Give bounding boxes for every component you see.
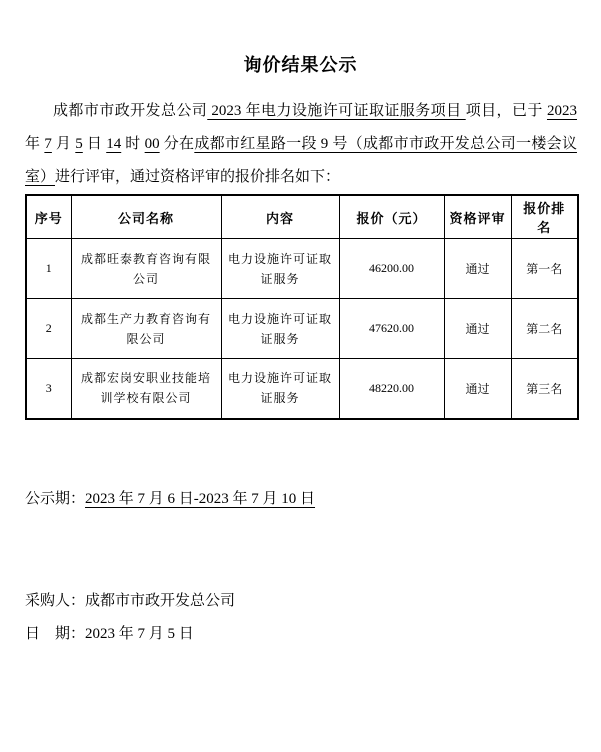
cell-company: 成都生产力教育咨询有限公司 (71, 299, 221, 359)
cell-rank: 第二名 (511, 299, 578, 359)
intro-text-underlined: 2023 (547, 103, 577, 119)
cell-rank: 第一名 (511, 239, 578, 299)
header-price: 报价（元） (339, 195, 444, 239)
intro-text: 日 (83, 136, 106, 152)
publicity-period: 2023 年 7 月 6 日-2023 年 7 月 10 日 (85, 491, 315, 507)
cell-content: 电力设施许可证取证服务 (221, 359, 339, 419)
quotation-result-table: 序号 公司名称 内容 报价（元） 资格评审 报价排名 1 成都旺泰教育咨询有限公… (25, 194, 579, 420)
header-company: 公司名称 (71, 195, 221, 239)
intro-text: 时 (121, 136, 144, 152)
header-content: 内容 (221, 195, 339, 239)
purchaser-line: 采购人：成都市市政开发总公司 (25, 590, 235, 612)
cell-rank: 第三名 (511, 359, 578, 419)
publicity-label: 公示期： (25, 491, 85, 507)
page-title: 询价结果公示 (0, 51, 601, 77)
intro-text-underlined: 7 (44, 136, 52, 152)
table-row: 3 成都宏岗安职业技能培训学校有限公司 电力设施许可证取证服务 48220.00… (26, 359, 578, 419)
table-header-row: 序号 公司名称 内容 报价（元） 资格评审 报价排名 (26, 195, 578, 239)
intro-text: 月 (52, 136, 75, 152)
intro-text: 项目，已于 (466, 103, 547, 119)
cell-content: 电力设施许可证取证服务 (221, 299, 339, 359)
cell-price: 46200.00 (339, 239, 444, 299)
intro-text: 进行评审，通过资格评审的报价排名如下： (55, 169, 340, 185)
header-rank: 报价排名 (511, 195, 578, 239)
intro-line-1: 成都市市政开发总公司 2023 年电力设施许可证取证服务项目 项目，已于 202… (25, 95, 577, 128)
date-line: 日 期：2023 年 7 月 5 日 (25, 623, 194, 645)
cell-seq: 1 (26, 239, 71, 299)
intro-text: 分在 (160, 136, 195, 152)
header-seq: 序号 (26, 195, 71, 239)
intro-text-underlined: 2023 年电力设施许可证取证服务项目 (207, 103, 465, 119)
intro-line-3: 室）进行评审，通过资格评审的报价排名如下： (25, 161, 577, 194)
intro-text: 年 (25, 136, 44, 152)
intro-paragraph: 成都市市政开发总公司 2023 年电力设施许可证取证服务项目 项目，已于 202… (25, 95, 577, 194)
header-review: 资格评审 (444, 195, 511, 239)
publicity-period-line: 公示期：2023 年 7 月 6 日-2023 年 7 月 10 日 (25, 488, 315, 510)
intro-line-2: 年 7 月 5 日 14 时 00 分在成都市红星路一段 9 号（成都市市政开发… (25, 128, 577, 161)
cell-seq: 3 (26, 359, 71, 419)
announcement-document: 询价结果公示 成都市市政开发总公司 2023 年电力设施许可证取证服务项目 项目… (0, 0, 601, 752)
cell-price: 48220.00 (339, 359, 444, 419)
cell-company: 成都旺泰教育咨询有限公司 (71, 239, 221, 299)
cell-review: 通过 (444, 239, 511, 299)
cell-review: 通过 (444, 299, 511, 359)
cell-company: 成都宏岗安职业技能培训学校有限公司 (71, 359, 221, 419)
intro-text-underlined: 14 (106, 136, 121, 152)
cell-content: 电力设施许可证取证服务 (221, 239, 339, 299)
intro-text: 成都市市政开发总公司 (53, 103, 207, 119)
intro-text-underlined: 成都市红星路一段 9 号（成都市市政开发总公司一楼会议 (194, 136, 577, 152)
intro-text-underlined: 5 (75, 136, 83, 152)
cell-price: 47620.00 (339, 299, 444, 359)
table-row: 2 成都生产力教育咨询有限公司 电力设施许可证取证服务 47620.00 通过 … (26, 299, 578, 359)
intro-text-underlined: 00 (145, 136, 160, 152)
cell-seq: 2 (26, 299, 71, 359)
cell-review: 通过 (444, 359, 511, 419)
intro-text-underlined: 室） (25, 169, 55, 185)
table-row: 1 成都旺泰教育咨询有限公司 电力设施许可证取证服务 46200.00 通过 第… (26, 239, 578, 299)
